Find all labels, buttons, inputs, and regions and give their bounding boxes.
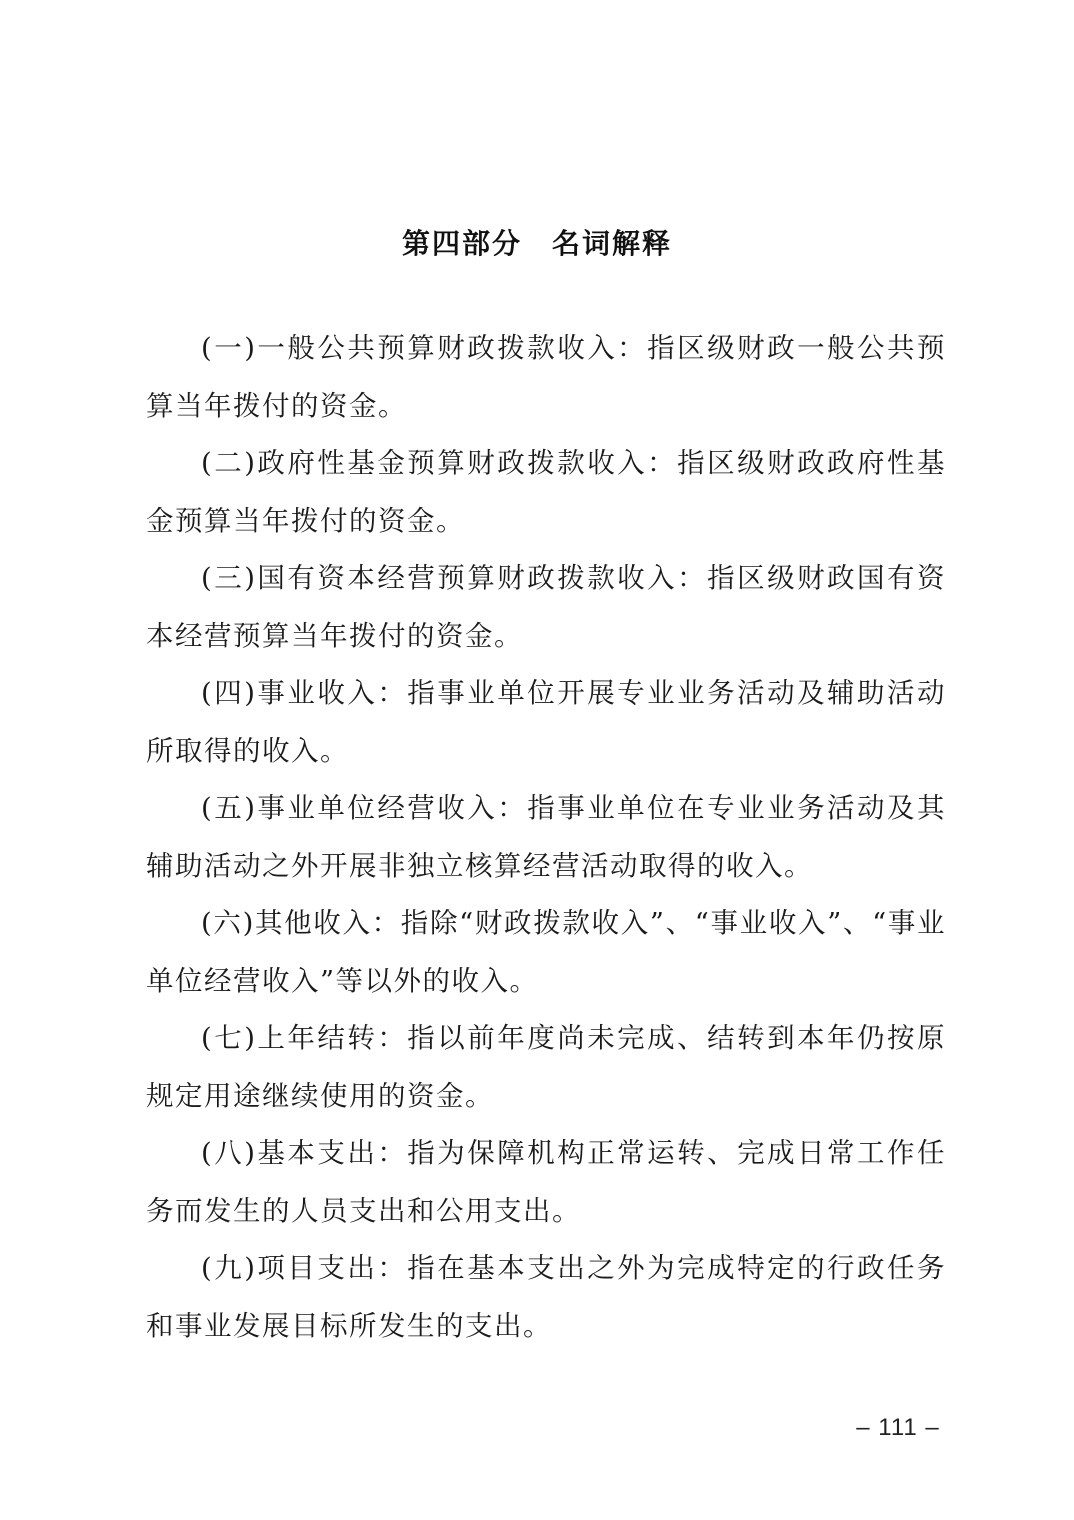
- definition-item: (八)基本支出：指为保障机构正常运转、完成日常工作任务而发生的人员支出和公用支出…: [146, 1125, 946, 1240]
- definition-item: (七)上年结转：指以前年度尚未完成、结转到本年仍按原规定用途继续使用的资金。: [146, 1010, 946, 1125]
- page-number: – 111 –: [848, 1412, 948, 1444]
- definition-text: 国有资本经营预算财政拨款收入：指区级财政国有资本经营预算当年拨付的资金。: [146, 562, 946, 652]
- definitions-list: (一)一般公共预算财政拨款收入：指区级财政一般公共预算当年拨付的资金。 (二)政…: [146, 320, 946, 1355]
- definition-label: (八): [201, 1137, 256, 1169]
- definition-label: (三): [201, 562, 256, 594]
- definition-text: 上年结转：指以前年度尚未完成、结转到本年仍按原规定用途继续使用的资金。: [146, 1022, 946, 1112]
- definition-item: (六)其他收入：指除“财政拨款收入”、“事业收入”、“事业单位经营收入”等以外的…: [146, 895, 946, 1010]
- definition-item: (五)事业单位经营收入：指事业单位在专业业务活动及其辅助活动之外开展非独立核算经…: [146, 780, 946, 895]
- definition-text: 政府性基金预算财政拨款收入：指区级财政政府性基金预算当年拨付的资金。: [146, 447, 946, 537]
- definition-item: (九)项目支出：指在基本支出之外为完成特定的行政任务和事业发展目标所发生的支出。: [146, 1240, 946, 1355]
- definition-label: (一): [201, 332, 256, 364]
- definition-label: (九): [201, 1252, 256, 1284]
- definition-item: (四)事业收入：指事业单位开展专业业务活动及辅助活动所取得的收入。: [146, 665, 946, 780]
- page-title: 第四部分 名词解释: [0, 224, 1074, 264]
- definition-label: (六): [201, 907, 255, 939]
- definition-text: 其他收入：指除“财政拨款收入”、“事业收入”、“事业单位经营收入”等以外的收入。: [146, 907, 946, 997]
- definition-text: 基本支出：指为保障机构正常运转、完成日常工作任务而发生的人员支出和公用支出。: [146, 1137, 946, 1227]
- definition-label: (五): [201, 792, 256, 824]
- definition-label: (七): [201, 1022, 256, 1054]
- definition-label: (二): [201, 447, 256, 479]
- definition-item: (三)国有资本经营预算财政拨款收入：指区级财政国有资本经营预算当年拨付的资金。: [146, 550, 946, 665]
- definition-item: (二)政府性基金预算财政拨款收入：指区级财政政府性基金预算当年拨付的资金。: [146, 435, 946, 550]
- definition-item: (一)一般公共预算财政拨款收入：指区级财政一般公共预算当年拨付的资金。: [146, 320, 946, 435]
- definition-text: 事业单位经营收入：指事业单位在专业业务活动及其辅助活动之外开展非独立核算经营活动…: [146, 792, 946, 882]
- definition-text: 事业收入：指事业单位开展专业业务活动及辅助活动所取得的收入。: [146, 677, 946, 767]
- definition-text: 项目支出：指在基本支出之外为完成特定的行政任务和事业发展目标所发生的支出。: [146, 1252, 946, 1342]
- definition-text: 一般公共预算财政拨款收入：指区级财政一般公共预算当年拨付的资金。: [146, 332, 946, 422]
- definition-label: (四): [201, 677, 256, 709]
